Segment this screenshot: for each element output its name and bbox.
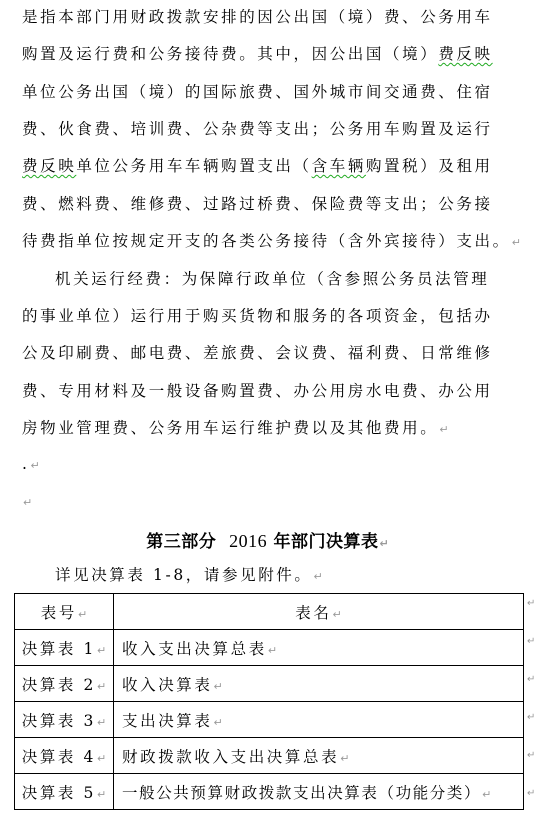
text-span: 机关运行经费：为保障行政单位（含参照公务员法管理 <box>55 270 489 288</box>
cell-text: 一般公共预算财政拨款支出决算表（功能分类） <box>122 784 481 802</box>
document-page: 是指本部门用财政拨款安排的因公出国（境）费、公务用车 购置及运行费和公务接待费。… <box>0 0 535 827</box>
body-line: .↵ <box>22 454 522 474</box>
cell-text: 决算表 2 <box>22 676 96 694</box>
text-span: 单位公务用车车辆购置支出（ <box>76 157 311 175</box>
table-cell[interactable]: 收入支出决算总表↵ <box>114 630 524 666</box>
cell-text: 决算表 4 <box>22 748 96 766</box>
paragraph-mark-icon: ↵ <box>340 752 349 765</box>
cell-text: 决算表 3 <box>22 712 96 730</box>
paragraph-mark-icon: ↵ <box>439 423 448 436</box>
paragraph-mark-icon: ↵ <box>97 716 106 729</box>
body-line: 公及印刷费、邮电费、差旅费、会议费、福利费、日常维修 <box>22 343 522 363</box>
body-line: 机关运行经费：为保障行政单位（含参照公务员法管理 <box>55 269 522 289</box>
text-span: 费、燃料费、维修费、过路过桥费、保险费等支出；公务接 <box>22 195 493 213</box>
paragraph-mark-icon: ↵ <box>97 680 106 693</box>
text-span: 费、专用材料及一般设备购置费、办公用房水电费、办公用 <box>22 382 493 400</box>
row-end-mark-icon: ↵ <box>527 788 535 799</box>
table-cell[interactable]: 决算表 2↵ <box>15 666 114 702</box>
table-header-row: 表号↵ 表名↵ <box>15 594 524 630</box>
row-end-mark-icon: ↵ <box>527 598 535 609</box>
cell-text: 表号 <box>41 604 77 622</box>
table-cell[interactable]: 支出决算表↵ <box>114 702 524 738</box>
paragraph-mark-icon: ↵ <box>78 608 87 621</box>
table-header-cell[interactable]: 表名↵ <box>114 594 524 630</box>
table-row: 决算表 1↵ 收入支出决算总表↵ <box>15 630 524 666</box>
heading-prefix: 第三部分 <box>146 532 216 552</box>
body-line: 单位公务出国（境）的国际旅费、国外城市间交通费、住宿 <box>22 82 522 102</box>
text-span: 待费指单位按规定开支的各类公务接待（含外宾接待）支出。 <box>22 232 511 250</box>
row-end-mark-icon: ↵ <box>527 750 535 761</box>
paragraph-mark-icon: ↵ <box>380 537 389 550</box>
heading-year: 2016 <box>229 531 267 551</box>
paragraph-mark-icon: ↵ <box>268 644 277 657</box>
grammar-flag-text[interactable]: 含车辆 <box>312 157 366 175</box>
row-end-mark-icon: ↵ <box>527 636 535 647</box>
body-line: 费、燃料费、维修费、过路过桥费、保险费等支出；公务接 <box>22 194 522 214</box>
grammar-flag-text[interactable]: 费反映 <box>22 157 76 175</box>
table-cell[interactable]: 决算表 1↵ <box>15 630 114 666</box>
cell-text: 决算表 5 <box>22 784 96 802</box>
text-span: 详见决算表 1-8，请参见附件。 <box>55 566 313 584</box>
text-span: . <box>22 455 30 473</box>
text-span: 单位公务出国（境）的国际旅费、国外城市间交通费、住宿 <box>22 83 493 101</box>
text-span: 是指本部门用财政拨款安排的因公出国（境）费、公务用车 <box>22 8 493 26</box>
table-cell[interactable]: 决算表 3↵ <box>15 702 114 738</box>
report-table: 表号↵ 表名↵ 决算表 1↵ 收入支出决算总表↵ 决算表 2↵ 收入决算表↵ 决… <box>14 593 524 810</box>
table-row: 决算表 5↵ 一般公共预算财政拨款支出决算表（功能分类）↵ <box>15 774 524 810</box>
table-cell[interactable]: 决算表 4↵ <box>15 738 114 774</box>
table-cell[interactable]: 决算表 5↵ <box>15 774 114 810</box>
empty-line: ↵ <box>22 491 522 511</box>
paragraph-mark-icon: ↵ <box>314 570 323 583</box>
paragraph-mark-icon: ↵ <box>97 644 106 657</box>
text-span: 费、伙食费、培训费、公杂费等支出；公务用车购置及运行 <box>22 120 493 138</box>
heading-suffix: 年部门决算表 <box>274 532 379 552</box>
paragraph-mark-icon: ↵ <box>332 608 341 621</box>
paragraph-mark-icon: ↵ <box>31 459 40 472</box>
paragraph-mark-icon: ↵ <box>214 716 223 729</box>
table-header-cell[interactable]: 表号↵ <box>15 594 114 630</box>
section-note: 详见决算表 1-8，请参见附件。↵ <box>55 565 522 585</box>
table-row: 决算表 2↵ 收入决算表↵ <box>15 666 524 702</box>
body-line: 待费指单位按规定开支的各类公务接待（含外宾接待）支出。↵ <box>22 231 522 251</box>
table-row: 决算表 3↵ 支出决算表↵ <box>15 702 524 738</box>
paragraph-mark-icon: ↵ <box>97 788 106 801</box>
paragraph-mark-icon: ↵ <box>97 752 106 765</box>
text-span: 购置及运行费和公务接待费。其中，因公出国（境） <box>22 45 438 63</box>
text-span: 购置税）及租用 <box>366 157 493 175</box>
text-span: 房物业管理费、公务用车运行维护费以及其他费用。 <box>22 419 438 437</box>
body-line: 购置及运行费和公务接待费。其中，因公出国（境）费反映 <box>22 44 522 64</box>
table-row: 决算表 4↵ 财政拨款收入支出决算总表↵ <box>15 738 524 774</box>
section-heading: 第三部分 2016 年部门决算表↵ <box>0 527 535 552</box>
text-span: 公及印刷费、邮电费、差旅费、会议费、福利费、日常维修 <box>22 344 493 362</box>
text-span: 的事业单位）运行用于购买货物和服务的各项资金，包括办 <box>22 307 493 325</box>
paragraph-mark-icon: ↵ <box>482 788 491 801</box>
grammar-flag-text[interactable]: 费反映 <box>438 45 492 63</box>
body-line: 费、专用材料及一般设备购置费、办公用房水电费、办公用 <box>22 381 522 401</box>
row-end-mark-icon: ↵ <box>527 712 535 723</box>
body-line: 房物业管理费、公务用车运行维护费以及其他费用。↵ <box>22 418 522 438</box>
cell-text: 收入支出决算总表 <box>122 640 267 658</box>
cell-text: 表名 <box>295 604 331 622</box>
table-cell[interactable]: 财政拨款收入支出决算总表↵ <box>114 738 524 774</box>
cell-text: 财政拨款收入支出决算总表 <box>122 748 339 766</box>
table-cell[interactable]: 一般公共预算财政拨款支出决算表（功能分类）↵ <box>114 774 524 810</box>
table-cell[interactable]: 收入决算表↵ <box>114 666 524 702</box>
paragraph-mark-icon: ↵ <box>214 680 223 693</box>
paragraph-mark-icon: ↵ <box>23 496 32 509</box>
cell-text: 支出决算表 <box>122 712 213 730</box>
body-line: 费、伙食费、培训费、公杂费等支出；公务用车购置及运行 <box>22 119 522 139</box>
cell-text: 收入决算表 <box>122 676 213 694</box>
cell-text: 决算表 1 <box>22 640 96 658</box>
body-line: 的事业单位）运行用于购买货物和服务的各项资金，包括办 <box>22 306 522 326</box>
body-line: 费反映单位公务用车车辆购置支出（含车辆购置税）及租用 <box>22 156 522 176</box>
body-line: 是指本部门用财政拨款安排的因公出国（境）费、公务用车 <box>22 7 522 27</box>
paragraph-mark-icon: ↵ <box>512 236 521 249</box>
row-end-mark-icon: ↵ <box>527 674 535 685</box>
